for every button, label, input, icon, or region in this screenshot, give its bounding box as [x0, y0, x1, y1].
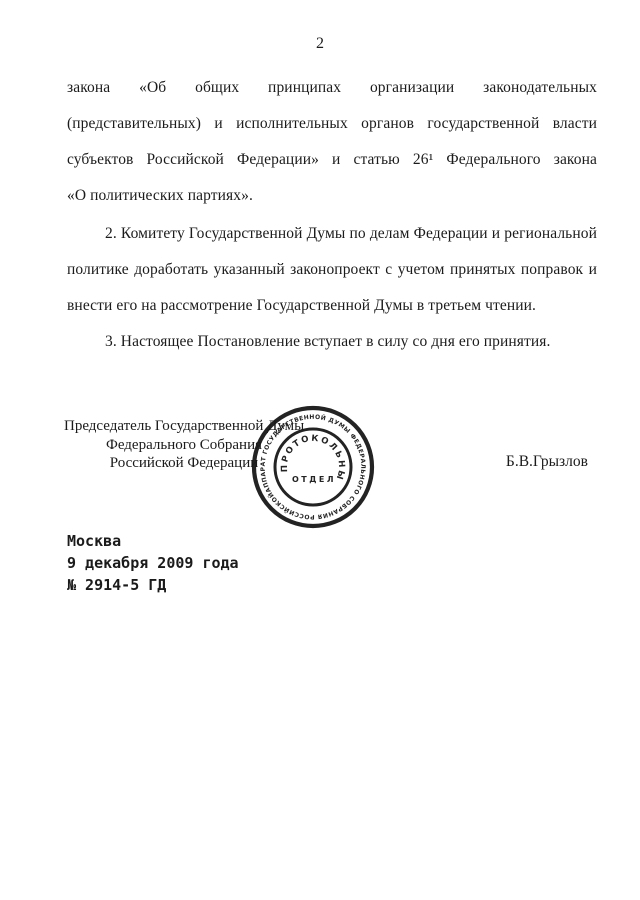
- footer-date: 9 декабря 2009 года: [67, 552, 239, 574]
- body-line: 2. Комитету Государственной Думы по дела…: [67, 216, 597, 252]
- body-line: субъектов Российской Федерации» и статью…: [67, 142, 597, 178]
- body-line: «О политических партиях».: [67, 178, 597, 214]
- signatory-name: Б.В.Грызлов: [506, 452, 588, 472]
- document-page: 2 закона «Об общих принципах организации…: [0, 0, 640, 900]
- paragraph-law-reference: закона «Об общих принципах организации з…: [67, 70, 597, 214]
- footer-block: Москва 9 декабря 2009 года № 2914-5 ГД: [67, 530, 239, 596]
- body-line: политике доработать указанный законопрое…: [67, 252, 597, 288]
- page-number: 2: [0, 34, 640, 54]
- stamp-center-text: ОТДЕЛ: [292, 475, 336, 484]
- stamp-outer-ring: [254, 408, 372, 526]
- body-line: (представительных) и исполнительных орга…: [67, 106, 597, 142]
- paragraph-item-3: 3. Настоящее Постановление вступает в си…: [67, 324, 597, 360]
- footer-document-number: № 2914-5 ГД: [67, 574, 239, 596]
- footer-city: Москва: [67, 530, 239, 552]
- body-line: внести его на рассмотрение Государственн…: [67, 288, 597, 324]
- protocol-department-stamp-icon: АППАРАТ ГОСУДАРСТВЕННОЙ ДУМЫ ФЕДЕРАЛЬНОГ…: [250, 404, 376, 530]
- body-line: закона «Об общих принципах организации з…: [67, 70, 597, 106]
- body-line: 3. Настоящее Постановление вступает в си…: [67, 324, 597, 360]
- paragraph-item-2: 2. Комитету Государственной Думы по дела…: [67, 216, 597, 324]
